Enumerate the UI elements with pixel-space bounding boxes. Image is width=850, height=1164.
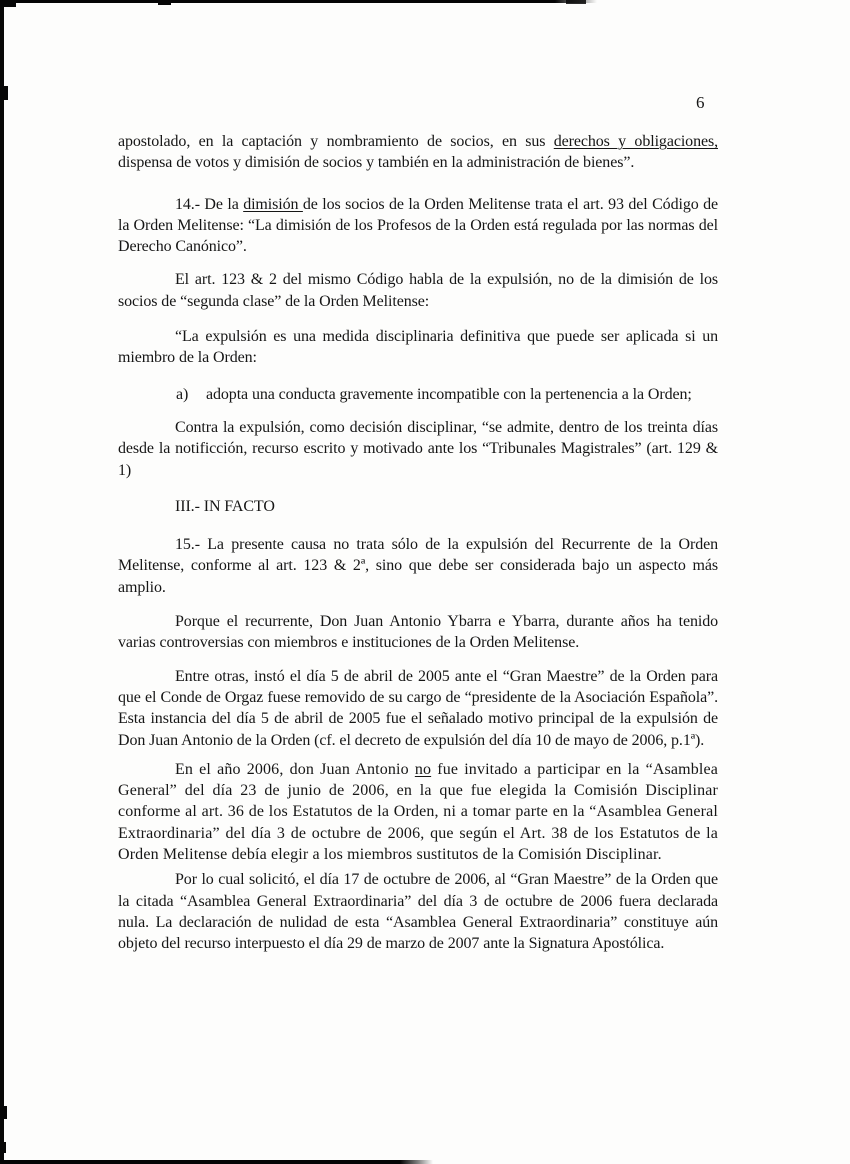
scan-edge-left [0,0,4,1164]
scanned-document-page: 6 apostolado, en la captación y nombrami… [0,0,850,1164]
document-body: apostolado, en la captación y nombramien… [118,131,718,955]
section-heading-in-facto: III.- IN FACTO [118,496,718,517]
text-run: dispensa de votos y dimisión de socios y… [118,154,634,171]
text-run: El art. 123 & 2 del mismo Código habla d… [118,271,718,309]
underlined-text: no [415,761,431,778]
text-run: 15.- La presente causa no trata sólo de … [118,536,718,596]
text-run: Contra la expulsión, como decisión disci… [118,419,718,479]
paragraph-porque-recurrente: Porque el recurrente, Don Juan Antonio Y… [118,611,718,654]
text-run: adopta una conducta gravemente incompati… [206,386,692,403]
text-run: Porque el recurrente, Don Juan Antonio Y… [118,613,718,651]
paragraph-contra-expulsion: Contra la expulsión, como decisión disci… [118,417,718,481]
page-number: 6 [696,93,705,113]
paragraph-15: 15.- La presente causa no trata sólo de … [118,534,718,598]
text-run: 14.- De la [175,196,243,213]
text-run: Entre otras, instó el día 5 de abril de … [118,668,718,749]
text-run: apostolado, en la captación y nombramien… [118,133,554,150]
list-item-a-text: adopta una conducta gravemente incompati… [206,386,692,403]
text-run: III.- IN FACTO [175,498,275,515]
paragraph-14: 14.- De la dimisión de los socios de la … [118,194,718,258]
paragraph-continuation: apostolado, en la captación y nombramien… [118,131,718,174]
paragraph-ano-2006: En el año 2006, don Juan Antonio no fue … [118,759,718,865]
text-run: “La expulsión es una medida disciplinari… [118,328,718,366]
scan-edge-left-mark [0,86,8,100]
paragraph-por-lo-cual: Por lo cual solicitó, el día 17 de octub… [118,869,718,954]
scan-edge-left-mark [0,1142,6,1153]
underlined-text: dimisión [243,196,303,213]
list-item-a-marker: a) [176,384,188,405]
scan-edge-bottom [0,1160,433,1164]
scan-edge-left-mark [0,1106,7,1119]
paragraph-quote-expulsion: “La expulsión es una medida disciplinari… [118,326,718,369]
text-run: En el año 2006, don Juan Antonio [175,761,415,778]
scan-edge-top-mark [566,0,586,4]
scan-edge-top [0,0,597,3]
paragraph-art-123: El art. 123 & 2 del mismo Código habla d… [118,269,718,312]
paragraph-entre-otras: Entre otras, instó el día 5 de abril de … [118,666,718,751]
scan-edge-top-mark [158,0,171,5]
underlined-text: derechos y obligaciones, [554,133,718,150]
text-run: Por lo cual solicitó, el día 17 de octub… [118,871,718,952]
list-item-a: a) adopta una conducta gravemente incomp… [118,384,718,405]
